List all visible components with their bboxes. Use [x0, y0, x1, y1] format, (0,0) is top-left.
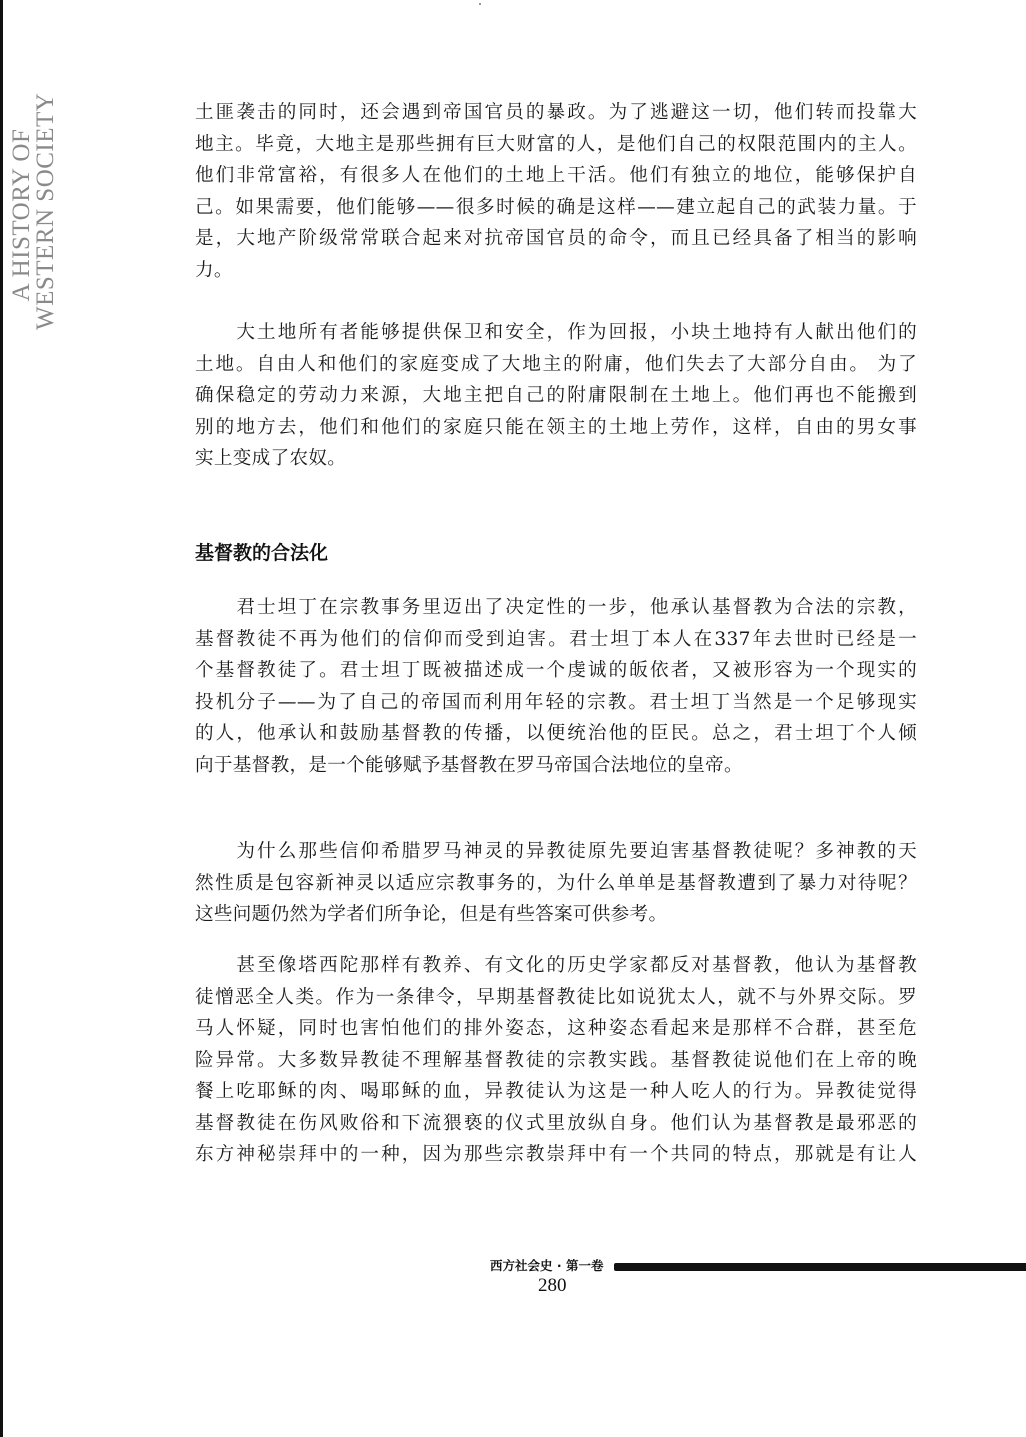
paragraph-4: 为什么那些信仰希腊罗马神灵的异教徒原先要迫害基督教徒呢？多神教的天 然性质是包容… [195, 836, 917, 931]
text-line: 东方神秘崇拜中的一种，因为那些宗教崇拜中有一个共同的特点，那就是有让人 [195, 1139, 917, 1171]
side-title-line-2: WESTERN SOCIETY [34, 100, 58, 330]
text-line: 马人怀疑，同时也害怕他们的排外姿态，这种姿态看起来是那样不合群，甚至危 [195, 1013, 917, 1045]
text-line: 为什么那些信仰希腊罗马神灵的异教徒原先要迫害基督教徒呢？多神教的天 [195, 836, 917, 868]
text-line: 基督教徒在伤风败俗和下流猥亵的仪式里放纵自身。他们认为基督教是最邪恶的 [195, 1108, 917, 1140]
text-line: 确保稳定的劳动力来源，大地主把自己的附庸限制在土地上。他们再也不能搬到 [195, 380, 917, 412]
text-line: 土地。自由人和他们的家庭变成了大地主的附庸，他们失去了大部分自由。 为了 [195, 349, 917, 381]
text-line: 基督教徒不再为他们的信仰而受到迫害。君士坦丁本人在337年去世时已经是一 [195, 624, 917, 656]
text-line: 是，大地产阶级常常联合起来对抗帝国官员的命令，而且已经具备了相当的影响 [195, 223, 917, 255]
text-line: 土匪袭击的同时，还会遇到帝国官员的暴政。为了逃避这一切，他们转而投靠大 [195, 97, 917, 129]
text-line: 他们非常富裕，有很多人在他们的土地上干活。他们有独立的地位，能够保护自 [195, 160, 917, 192]
section-heading: 基督教的合法化 [195, 538, 328, 565]
page-left-edge-rule [0, 0, 3, 1437]
paragraph-5: 甚至像塔西陀那样有教养、有文化的历史学家都反对基督教，他认为基督教 徒憎恶全人类… [195, 950, 917, 1171]
page-number: 280 [538, 1275, 567, 1297]
text-line: 甚至像塔西陀那样有教养、有文化的历史学家都反对基督教，他认为基督教 [195, 950, 917, 982]
running-side-title: A HISTORY OF WESTERN SOCIETY [4, 100, 64, 330]
text-line: 向于基督教，是一个能够赋予基督教在罗马帝国合法地位的皇帝。 [195, 750, 917, 782]
text-line: 力。 [195, 255, 917, 287]
text-line: 地主。毕竟，大地主是那些拥有巨大财富的人，是他们自己的权限范围内的主人。 [195, 129, 917, 161]
paragraph-1: 土匪袭击的同时，还会遇到帝国官员的暴政。为了逃避这一切，他们转而投靠大 地主。毕… [195, 97, 917, 286]
text-line: 徒憎恶全人类。作为一条律令，早期基督教徒比如说犹太人，就不与外界交际。罗 [195, 982, 917, 1014]
text-line: 的人，他承认和鼓励基督教的传播，以便统治他的臣民。总之，君士坦丁个人倾 [195, 718, 917, 750]
scan-speck [479, 3, 481, 5]
text-line: 己。如果需要，他们能够——很多时候的确是这样——建立起自己的武装力量。于 [195, 192, 917, 224]
paragraph-3: 君士坦丁在宗教事务里迈出了决定性的一步，他承认基督教为合法的宗教， 基督教徒不再… [195, 592, 917, 781]
side-title-line-1: A HISTORY OF [10, 100, 34, 330]
text-line: 君士坦丁在宗教事务里迈出了决定性的一步，他承认基督教为合法的宗教， [195, 592, 917, 624]
text-line: 投机分子——为了自己的帝国而利用年轻的宗教。君士坦丁当然是一个足够现实 [195, 687, 917, 719]
text-line: 险异常。大多数异教徒不理解基督教徒的宗教实践。基督教徒说他们在上帝的晚 [195, 1045, 917, 1077]
text-line: 餐上吃耶稣的肉、喝耶稣的血，异教徒认为这是一种人吃人的行为。异教徒觉得 [195, 1076, 917, 1108]
text-line: 个基督教徒了。君士坦丁既被描述成一个虔诚的皈依者，又被形容为一个现实的 [195, 655, 917, 687]
footer-rule-bar [614, 1263, 1026, 1271]
paragraph-2: 大土地所有者能够提供保卫和安全，作为回报，小块土地持有人献出他们的 土地。自由人… [195, 317, 917, 475]
text-line: 别的地方去，他们和他们的家庭只能在领主的土地上劳作，这样，自由的男女事 [195, 412, 917, 444]
text-line: 实上变成了农奴。 [195, 443, 917, 475]
text-line: 大土地所有者能够提供保卫和安全，作为回报，小块土地持有人献出他们的 [195, 317, 917, 349]
text-line: 这些问题仍然为学者们所争论，但是有些答案可供参考。 [195, 899, 917, 931]
footer-book-title: 西方社会史 · 第一卷 [490, 1256, 603, 1274]
text-line: 然性质是包容新神灵以适应宗教事务的，为什么单单是基督教遭到了暴力对待呢？ [195, 868, 917, 900]
